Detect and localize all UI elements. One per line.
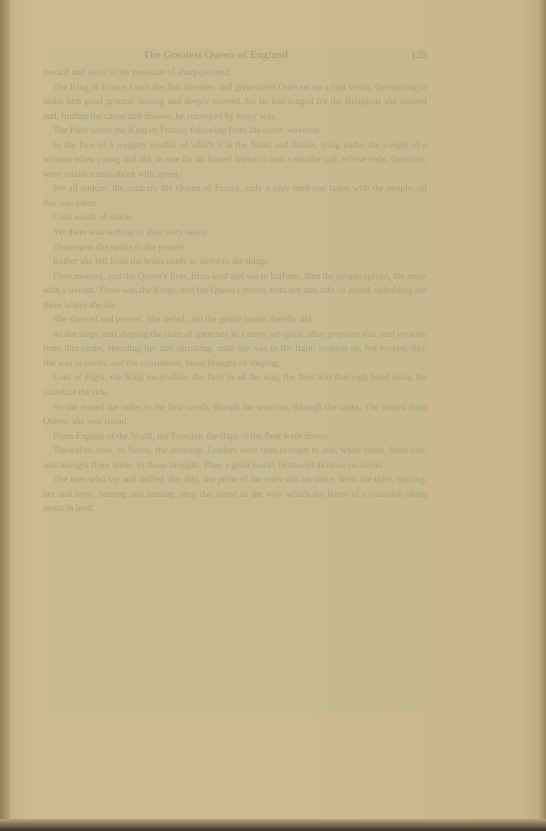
paragraph: Thereupon she spoke to the people.	[43, 241, 427, 256]
paragraph: toward and away to his presence of sharp…	[43, 66, 427, 81]
page-edge-right	[538, 0, 546, 831]
paragraph: The men who lay and drifted, the ship, t…	[43, 473, 427, 517]
page-edge-bottom	[0, 819, 546, 831]
paragraph: We all endure; the contrary the Queen of…	[43, 182, 427, 211]
page-number: 125	[411, 49, 428, 61]
running-title: The Greatest Queen of England	[143, 49, 288, 61]
body-text: toward and away to his presence of sharp…	[43, 66, 427, 517]
paragraph: The King of France Louis the Just threat…	[43, 81, 427, 125]
paragraph: Cold words of shame.	[43, 211, 427, 226]
paragraph: Yet there was nothing in their very hear…	[43, 226, 427, 241]
paragraph: Thereafter, rose, to Sandy, the doorstep…	[43, 444, 427, 473]
paragraph: Fleet moored, and the Queen's fleet, fro…	[43, 270, 427, 314]
paragraph: Rather she fell from the boats ready to …	[43, 255, 427, 270]
paragraph: The Fleet under the King of France, foll…	[43, 124, 427, 139]
running-header: The Greatest Queen of England 125	[43, 49, 427, 63]
paragraph: At the siege, and shaping the lines of s…	[43, 328, 427, 372]
book-spine	[0, 0, 10, 831]
paragraph: Lord of Eight, the King meanwhile, the f…	[43, 371, 427, 400]
paragraph: She dressed and proved. She tested, and …	[43, 313, 427, 328]
paragraph: From English of the North, the Tuesday, …	[43, 430, 427, 445]
paragraph: In the face of a weighty trouble of whic…	[43, 139, 427, 183]
paragraph: So she issued the order to the first wor…	[43, 401, 427, 430]
scanned-page: The Greatest Queen of England 125 toward…	[0, 0, 546, 831]
